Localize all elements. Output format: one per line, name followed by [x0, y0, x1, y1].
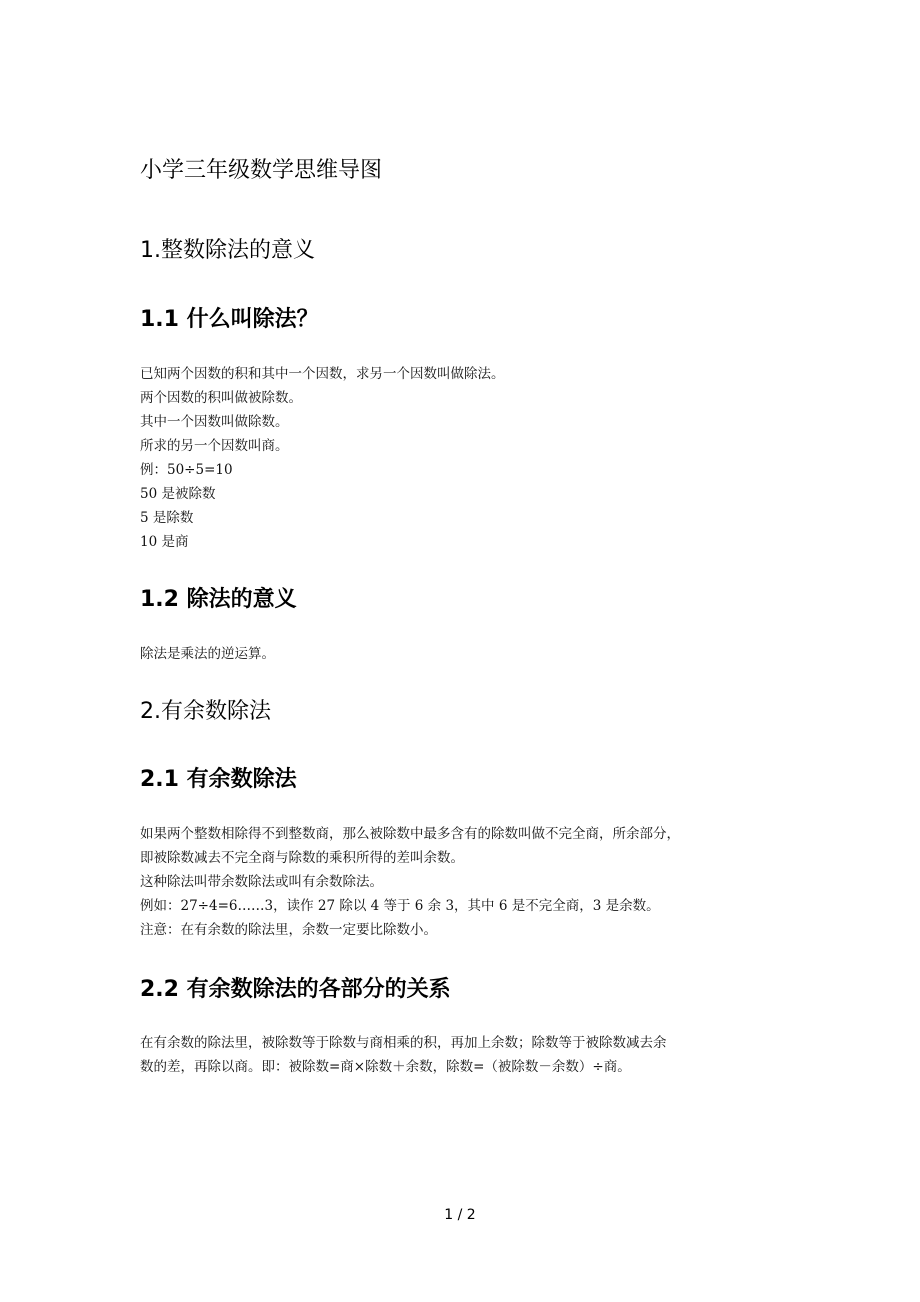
- paragraph-line: 50 是被除数: [140, 482, 215, 502]
- document-title: 小学三年级数学思维导图: [140, 153, 382, 184]
- paragraph-line: 其中一个因数叫做除数。: [140, 410, 289, 430]
- paragraph-line: 两个因数的积叫做被除数。: [140, 386, 302, 406]
- example-line: 例如：27÷4=6……3，读作 27 除以 4 等于 6 余 3，其中 6 是不…: [140, 894, 660, 914]
- paragraph-line: 5 是除数: [140, 506, 193, 526]
- paragraph-line: 已知两个因数的积和其中一个因数，求另一个因数叫做除法。: [140, 362, 505, 382]
- paragraph-line: 除法是乘法的逆运算。: [140, 642, 275, 662]
- paragraph-line: 即被除数减去不完全商与除数的乘积所得的差叫余数。: [140, 846, 464, 866]
- subsection-heading-2-1: 2.1 有余数除法: [140, 762, 297, 793]
- note-line: 注意：在有余数的除法里，余数一定要比除数小。: [140, 918, 437, 938]
- paragraph-line: 数的差，再除以商。即：被除数=商×除数＋余数，除数=（被除数－余数）÷商。: [140, 1055, 631, 1075]
- page-indicator: 1 / 2: [0, 1207, 920, 1223]
- subsection-heading-1-2: 1.2 除法的意义: [140, 582, 297, 613]
- paragraph-line: 所求的另一个因数叫商。: [140, 434, 289, 454]
- paragraph-line: 在有余数的除法里，被除数等于除数与商相乘的积，再加上余数；除数等于被除数减去余: [140, 1031, 667, 1051]
- example-line: 例：50÷5=10: [140, 458, 233, 478]
- paragraph-line: 如果两个整数相除得不到整数商，那么被除数中最多含有的除数叫做不完全商，所余部分，: [140, 822, 680, 842]
- subsection-heading-1-1: 1.1 什么叫除法？: [140, 302, 319, 333]
- section-heading-2: 2.有余数除法: [140, 694, 271, 725]
- section-heading-1: 1.整数除法的意义: [140, 233, 315, 264]
- paragraph-line: 10 是商: [140, 530, 188, 550]
- document-page: 小学三年级数学思维导图 1.整数除法的意义 1.1 什么叫除法？ 已知两个因数的…: [0, 0, 920, 1302]
- paragraph-line: 这种除法叫带余数除法或叫有余数除法。: [140, 870, 383, 890]
- subsection-heading-2-2: 2.2 有余数除法的各部分的关系: [140, 972, 451, 1003]
